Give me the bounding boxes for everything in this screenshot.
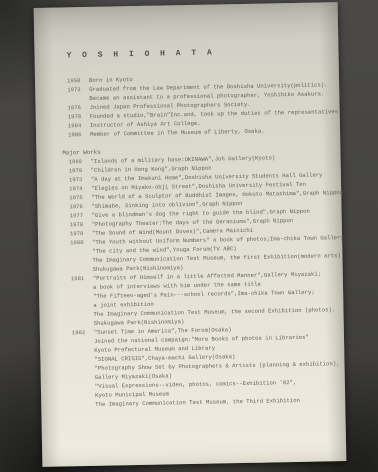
row-year [73, 391, 95, 400]
row-year: 1969 [68, 157, 90, 166]
row-year: 1984 [68, 121, 90, 130]
row-year: 1979 [70, 229, 92, 238]
row-year: 1970 [69, 166, 91, 175]
row-year: 1980 [70, 238, 92, 247]
row-year: 1975 [69, 193, 91, 202]
biography-list: 1950Born in Kyoto1973Graduated from the … [67, 71, 332, 139]
row-year [71, 292, 93, 301]
row-year: 1973 [67, 85, 89, 94]
row-year [71, 301, 93, 310]
document-content: Y O S H I O H A T A 1950Born in Kyoto197… [66, 46, 337, 409]
document-title: Y O S H I O H A T A [66, 46, 330, 60]
row-year: 1981 [71, 274, 93, 283]
row-year [67, 94, 89, 103]
row-year [72, 355, 94, 364]
row-year: 1978 [70, 220, 92, 229]
row-year: 1982 [72, 328, 94, 337]
row-year [73, 373, 95, 382]
row-year [73, 382, 95, 391]
row-year: 1973 [69, 175, 91, 184]
row-year: 1976 [67, 103, 89, 112]
row-year: 1986 [68, 130, 90, 139]
row-year: 1976 [69, 202, 91, 211]
row-year [71, 310, 93, 319]
row-year [71, 283, 93, 292]
major-works-list: 1969"Islands of a military base:OKINAWA"… [68, 152, 337, 409]
row-year [70, 256, 92, 265]
row-year: 1950 [67, 76, 89, 85]
row-year [70, 247, 92, 256]
row-year: 1978 [68, 112, 90, 121]
row-year: 1974 [69, 184, 91, 193]
row-year: 1977 [70, 211, 92, 220]
row-year [71, 265, 93, 274]
row-year [72, 337, 94, 346]
row-year [72, 319, 94, 328]
document-page: Y O S H I O H A T A 1950Born in Kyoto197… [34, 2, 347, 467]
row-year [72, 364, 94, 373]
row-year [72, 346, 94, 355]
row-text: Member of Committee in The Museum of Lib… [90, 127, 265, 139]
row-year [73, 400, 95, 409]
